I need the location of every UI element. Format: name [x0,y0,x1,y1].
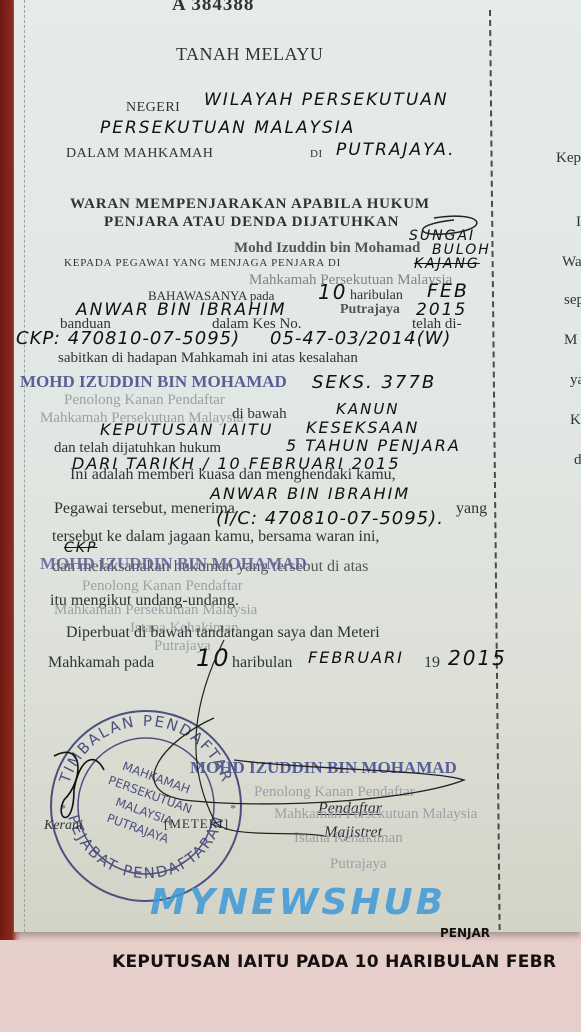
banner-top-fragment: PENJAR [440,926,490,940]
right-fragment-6: ya [570,372,581,389]
signature-scribbles [14,0,581,932]
warrant-document: A 384388 TANAH MELAYU NEGERI WILAYAH PER… [14,0,581,932]
mynewshub-watermark: MYNEWSHUB [150,882,446,923]
right-fragment-4: sep [564,292,581,309]
right-fragment-5: M [564,332,577,349]
right-fragment-8: d [574,452,581,469]
banner-caption: KEPUTUSAN IAITU PADA 10 HARIBULAN FEBR [112,952,556,972]
right-fragment-3: Wa [562,254,581,271]
right-fragment-2: I [576,214,581,231]
right-fragment-7: K [570,412,581,429]
right-fragment-1: Kep [556,150,581,167]
